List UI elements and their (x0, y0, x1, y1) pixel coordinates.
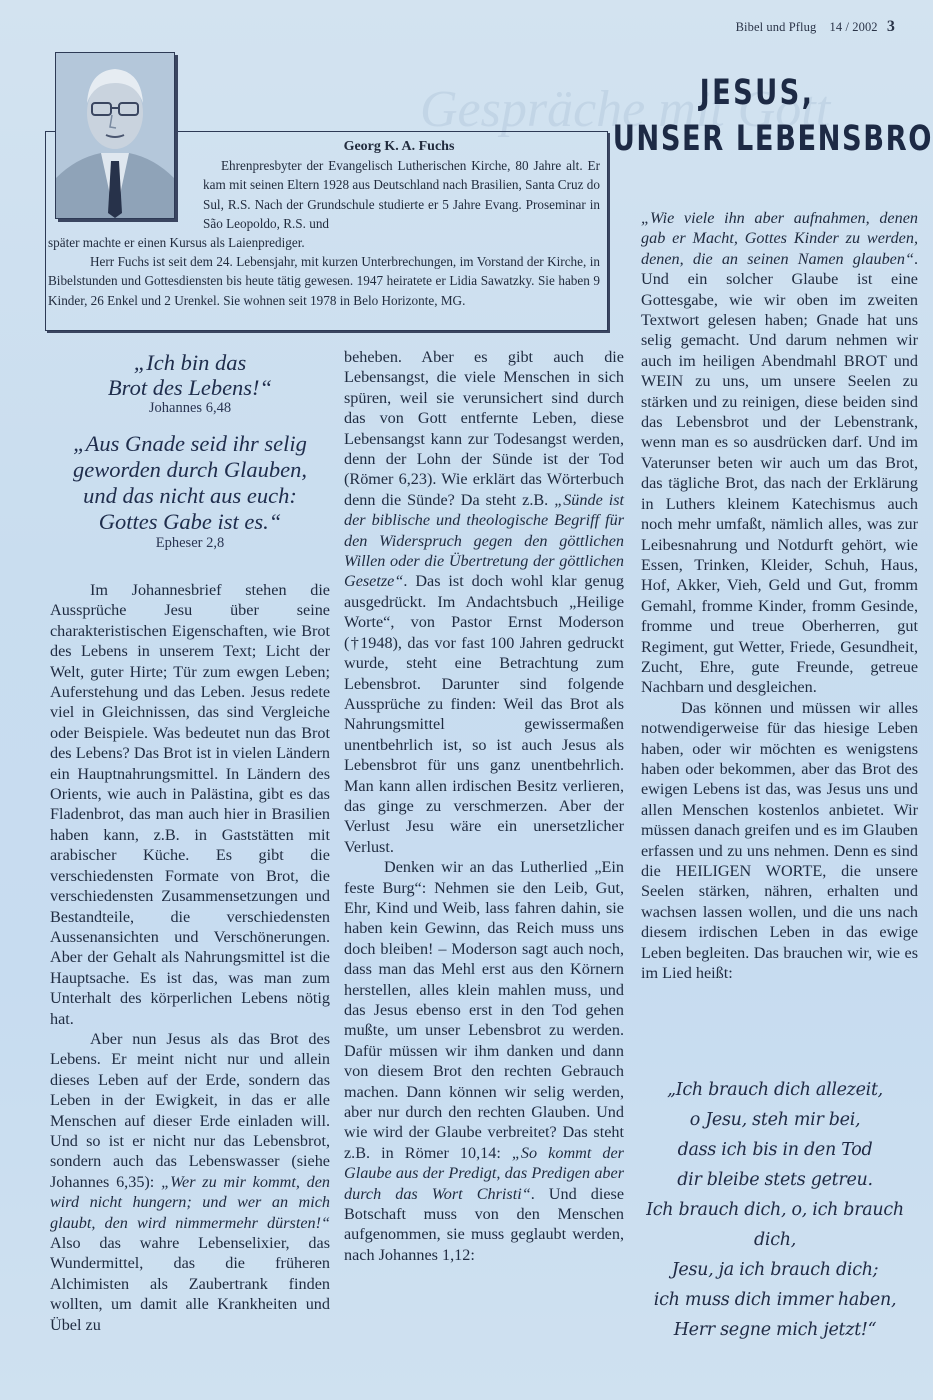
hymn-line: Ich brauch dich, o, ich brauch dich, (630, 1195, 920, 1255)
article-column-3: „Wie viele ihn aber aufnahmen, denen gab… (641, 208, 918, 983)
hymn-line: Jesu, ja ich brauch dich; (630, 1255, 920, 1285)
paragraph: Aber nun Jesus als das Brot des Lebens. … (50, 1029, 330, 1335)
hymn-line: ich muss dich immer haben, (630, 1285, 920, 1315)
hymn-line: dass ich bis in den Tod (630, 1135, 920, 1165)
paragraph: Denken wir an das Lutherlied „Ein feste … (344, 857, 624, 1265)
bio-paragraph-1-cont: später machte er einen Kursus als Laienp… (48, 233, 600, 252)
issue-number: 14 / 2002 (830, 20, 878, 34)
quote-2: „Aus Gnade seid ihr selig geworden durch… (45, 431, 335, 535)
quote-2-line-1: „Aus Gnade seid ihr selig (45, 431, 335, 457)
bio-paragraph-1: Ehrenpresbyter der Evangelisch Lutherisc… (203, 156, 600, 233)
quote-2-line-4: Gottes Gabe ist es.“ (45, 509, 335, 535)
hymn-line: „Ich brauch dich allezeit, (630, 1075, 920, 1105)
paragraph: Im Johannesbrief stehen die Aussprüche J… (50, 580, 330, 1029)
paragraph: Das können und müssen wir alles notwendi… (641, 698, 918, 984)
page-header: Bibel und Pflug 14 / 2002 3 (736, 18, 895, 36)
quote-1-line-2: Brot des Lebens!“ (45, 375, 335, 400)
quote-1: „Ich bin das Brot des Lebens!“ (45, 350, 335, 400)
portrait-image (56, 53, 174, 218)
page-number: 3 (887, 18, 895, 35)
author-photo (55, 52, 175, 219)
hymn-line: Herr segne mich jetzt!“ (630, 1315, 920, 1345)
article-column-1: Im Johannesbrief stehen die Aussprüche J… (50, 580, 330, 1335)
scripture-quote: „Wie viele ihn aber aufnahmen, denen gab… (641, 209, 918, 268)
title-line-1: JESUS, (644, 70, 870, 116)
hymn-verse: „Ich brauch dich allezeit, o Jesu, steh … (630, 1075, 920, 1345)
paragraph: „Wie viele ihn aber aufnahmen, denen gab… (641, 208, 918, 698)
quote-2-reference: Epheser 2,8 (45, 535, 335, 552)
hymn-line: dir bleibe stets getreu. (630, 1165, 920, 1195)
hymn-line: o Jesu, steh mir bei, (630, 1105, 920, 1135)
quote-1-reference: Johannes 6,48 (45, 400, 335, 417)
title-line-2: UNSER LEBENSBROT (613, 116, 902, 162)
article-title: JESUS, UNSER LEBENSBROT (644, 70, 870, 162)
scripture-quotes: „Ich bin das Brot des Lebens!“ Johannes … (45, 350, 335, 552)
article-column-2: beheben. Aber es gibt auch die Lebensang… (344, 347, 624, 1265)
bio-paragraph-2: Herr Fuchs ist seit dem 24. Lebensjahr, … (48, 252, 600, 310)
quote-2-line-2: geworden durch Glauben, (45, 457, 335, 483)
quote-2-line-3: und das nicht aus euch: (45, 483, 335, 509)
author-name: Georg K. A. Fuchs (198, 137, 600, 156)
paragraph: beheben. Aber es gibt auch die Lebensang… (344, 347, 624, 857)
quote-1-line-1: „Ich bin das (45, 350, 335, 375)
publication-name: Bibel und Pflug (736, 20, 817, 34)
